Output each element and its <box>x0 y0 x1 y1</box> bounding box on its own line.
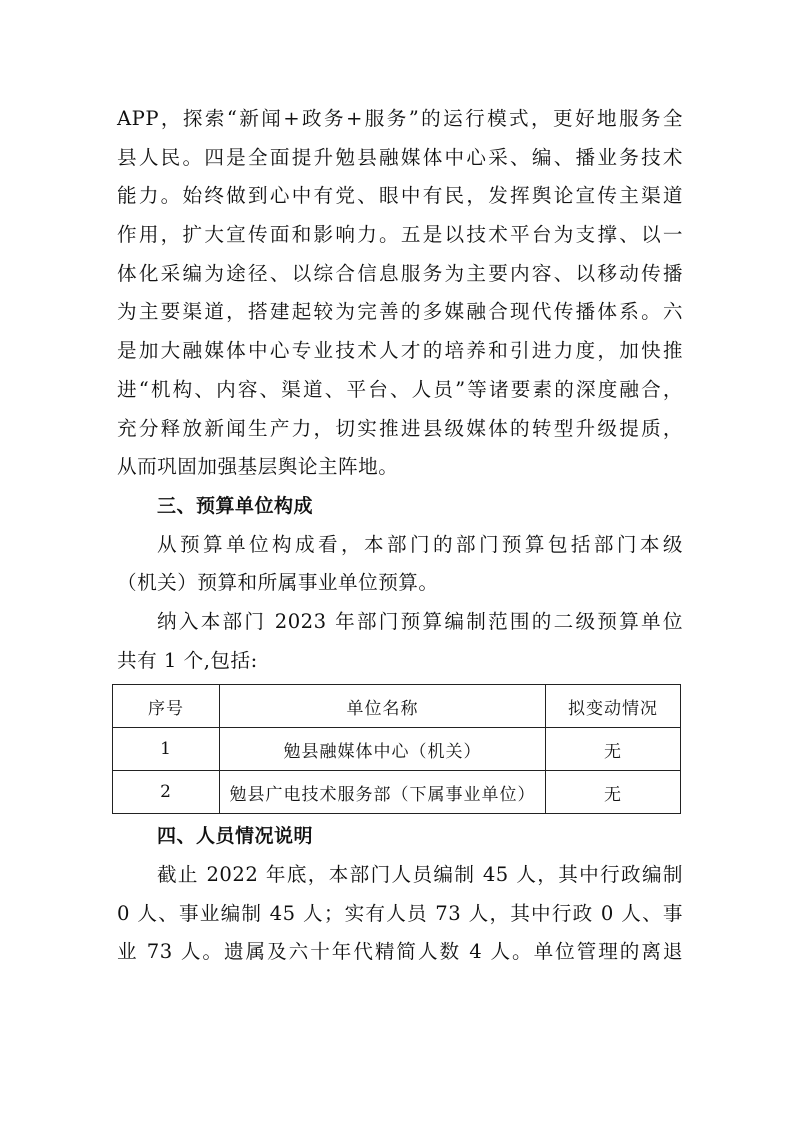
cell-index: 1 <box>113 728 220 771</box>
body-line: 充分释放新闻生产力，切实推进县级媒体的转型升级提质， <box>117 410 683 449</box>
body-line: （机关）预算和所属事业单位预算。 <box>117 564 683 603</box>
section-heading-budget-units: 三、预算单位构成 <box>117 487 683 526</box>
cell-change-status: 无 <box>546 728 681 771</box>
body-line: 进“机构、内容、渠道、平台、人员”等诸要素的深度融合， <box>117 371 683 410</box>
cell-unit-name: 勉县融媒体中心（机关） <box>220 728 546 771</box>
header-unit-name: 单位名称 <box>220 685 546 728</box>
cell-index: 2 <box>113 771 220 814</box>
table-row: 2 勉县广电技术服务部（下属事业单位） 无 <box>113 771 681 814</box>
budget-units-table: 序号 单位名称 拟变动情况 1 勉县融媒体中心（机关） 无 2 勉县广电技术服务… <box>112 684 681 814</box>
body-line: 截止 2022 年底，本部门人员编制 45 人，其中行政编制 <box>117 856 683 895</box>
body-line: 从预算单位构成看，本部门的部门预算包括部门本级 <box>117 526 683 565</box>
body-line: 业 73 人。遗属及六十年代精简人数 4 人。单位管理的离退 <box>117 933 683 972</box>
body-line: 从而巩固加强基层舆论主阵地。 <box>117 448 683 487</box>
cell-unit-name: 勉县广电技术服务部（下属事业单位） <box>220 771 546 814</box>
header-change-status: 拟变动情况 <box>546 685 681 728</box>
body-line: 作用，扩大宣传面和影响力。五是以技术平台为支撑、以一 <box>117 216 683 255</box>
body-line: 纳入本部门 2023 年部门预算编制范围的二级预算单位 <box>117 603 683 642</box>
body-line: 能力。始终做到心中有党、眼中有民，发挥舆论宣传主渠道 <box>117 177 683 216</box>
body-line: 共有 1 个,包括: <box>117 642 683 681</box>
body-line: 县人民。四是全面提升勉县融媒体中心采、编、播业务技术 <box>117 139 683 178</box>
body-line: 体化采编为途径、以综合信息服务为主要内容、以移动传播 <box>117 255 683 294</box>
cell-change-status: 无 <box>546 771 681 814</box>
body-line: 是加大融媒体中心专业技术人才的培养和引进力度，加快推 <box>117 332 683 371</box>
body-line: APP，探索“新闻+政务+服务”的运行模式，更好地服务全 <box>117 100 683 139</box>
body-line: 为主要渠道，搭建起较为完善的多媒融合现代传播体系。六 <box>117 293 683 332</box>
section-heading-personnel: 四、人员情况说明 <box>117 817 683 856</box>
table-row: 1 勉县融媒体中心（机关） 无 <box>113 728 681 771</box>
document-page: APP，探索“新闻+政务+服务”的运行模式，更好地服务全 县人民。四是全面提升勉… <box>117 100 683 972</box>
header-index: 序号 <box>113 685 220 728</box>
body-line: 0 人、事业编制 45 人；实有人员 73 人，其中行政 0 人、事 <box>117 895 683 934</box>
table-header-row: 序号 单位名称 拟变动情况 <box>113 685 681 728</box>
